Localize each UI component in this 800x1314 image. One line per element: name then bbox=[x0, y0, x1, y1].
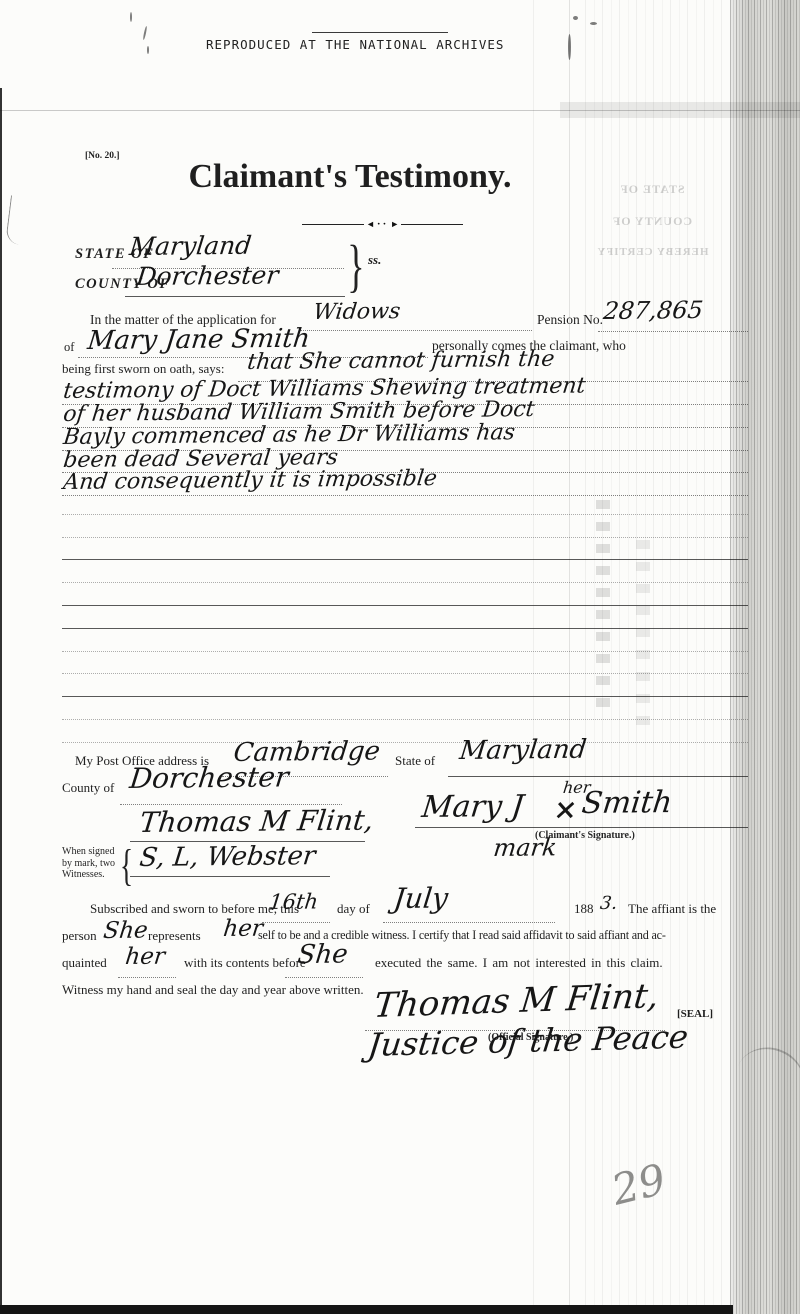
ruled-line bbox=[62, 537, 748, 538]
bleedthrough-vertical-marks bbox=[636, 540, 650, 730]
divider-line-left bbox=[302, 224, 364, 226]
ruled-line bbox=[130, 876, 330, 877]
ruled-line bbox=[62, 742, 748, 743]
bleedthrough-text: COUNTY OF bbox=[592, 214, 712, 229]
ruled-line bbox=[62, 514, 748, 515]
ruled-line bbox=[598, 331, 748, 332]
application-type-handwritten: Widows bbox=[312, 299, 402, 325]
testimony-line: And consequently it is impossible bbox=[62, 466, 438, 495]
ruled-line bbox=[118, 977, 176, 978]
ruled-line bbox=[448, 776, 748, 777]
ruled-line bbox=[383, 922, 555, 923]
jurat-line1-suffix: The affiant is the bbox=[628, 901, 716, 917]
jurat-year-printed: 188 bbox=[574, 901, 594, 917]
witness-note-line: Witnesses. bbox=[62, 869, 115, 881]
scan-speck bbox=[568, 34, 571, 60]
jurat-line4: Witness my hand and seal the day and yea… bbox=[62, 982, 364, 998]
ruled-line bbox=[415, 827, 748, 828]
address-county-handwritten: Dorchester bbox=[128, 760, 290, 795]
divider-dots: ·· bbox=[377, 219, 388, 230]
claimant-signature-left: Mary J bbox=[420, 789, 526, 825]
scan-speck bbox=[130, 12, 132, 22]
form-title: Claimant's Testimony. bbox=[180, 158, 520, 196]
ruled-line bbox=[62, 719, 748, 720]
ruled-line bbox=[62, 582, 748, 583]
ruled-line bbox=[262, 922, 330, 923]
ruled-line bbox=[62, 495, 748, 496]
ruled-line bbox=[62, 673, 748, 674]
scan-streak-band-dark bbox=[730, 0, 800, 1314]
scan-speck bbox=[590, 22, 597, 25]
of-label: of bbox=[64, 340, 74, 355]
address-state-label: State of bbox=[395, 753, 435, 769]
bleedthrough-vertical-marks bbox=[596, 500, 610, 720]
ruled-line bbox=[125, 296, 345, 297]
ss-brace: } bbox=[347, 232, 364, 299]
document-scan: STATE OF COUNTY OF HEREBY CERTIFY REPROD… bbox=[0, 0, 800, 1314]
address-county-label: County of bbox=[62, 780, 114, 796]
scan-bottom-bar bbox=[0, 1305, 733, 1314]
state-value-handwritten: Maryland bbox=[128, 231, 253, 261]
claimant-signature-right: Smith bbox=[580, 785, 674, 821]
jurat-represents: represents bbox=[148, 928, 201, 944]
jurat-person: person bbox=[62, 928, 97, 944]
ruled-line bbox=[300, 330, 532, 331]
address-state-handwritten: Maryland bbox=[458, 735, 588, 766]
pension-label: Pension No. bbox=[537, 312, 603, 328]
stamp-overline bbox=[312, 32, 448, 33]
pension-number-handwritten: 287,865 bbox=[602, 296, 705, 325]
witness-note: When signed by mark, two Witnesses. bbox=[62, 846, 115, 881]
divider-arrow-left-icon: ◄ bbox=[366, 220, 375, 229]
ruled-line bbox=[62, 696, 748, 697]
mark-word-handwritten: mark bbox=[492, 833, 558, 862]
scan-left-edge bbox=[0, 88, 2, 1314]
witness-note-line: by mark, two bbox=[62, 858, 115, 870]
scan-smudge bbox=[560, 102, 800, 118]
title-divider: ◄ ·· ► bbox=[302, 219, 463, 230]
scan-speck bbox=[143, 26, 148, 40]
witness-note-line: When signed bbox=[62, 846, 115, 858]
scan-speck bbox=[573, 16, 578, 20]
witness-signature: Thomas M Flint, bbox=[138, 804, 375, 839]
fold-crease-line-2 bbox=[533, 0, 534, 1314]
ruled-line bbox=[62, 559, 748, 560]
claimant-mark-cross: × bbox=[552, 793, 579, 826]
scan-speck bbox=[147, 46, 149, 54]
witness-signature: S, L, Webster bbox=[138, 841, 317, 873]
jurat-line3-rest: executed the same. I am not interested i… bbox=[375, 955, 663, 971]
ss-label: ss. bbox=[368, 252, 381, 268]
archives-stamp: REPRODUCED AT THE NATIONAL ARCHIVES bbox=[206, 37, 504, 52]
ruled-line bbox=[62, 628, 748, 629]
ruled-line bbox=[62, 605, 748, 606]
witness-brace: { bbox=[120, 840, 133, 891]
jurat-year-digit-handwritten: 3. bbox=[599, 893, 619, 914]
county-value-handwritten: Dorchester bbox=[135, 261, 280, 291]
jurat-month-handwritten: July bbox=[392, 881, 450, 915]
fold-crease-line bbox=[569, 0, 570, 1314]
divider-line-right bbox=[401, 224, 463, 226]
jurat-day-handwritten: 16th bbox=[268, 889, 319, 914]
jurat-she2-handwritten: She bbox=[296, 939, 349, 970]
bleedthrough-text: STATE OF bbox=[592, 182, 712, 197]
ruled-line bbox=[62, 651, 748, 652]
jurat-day-of: day of bbox=[337, 901, 370, 917]
jurat-with-contents: with its contents before bbox=[184, 955, 306, 971]
jurat-she-handwritten: She bbox=[102, 918, 149, 944]
stray-pen-mark bbox=[5, 195, 25, 244]
testimony-line: that She cannot furnish the bbox=[246, 347, 556, 375]
sworn-prefix: being first sworn on oath, says: bbox=[62, 361, 224, 377]
ruled-line bbox=[285, 977, 363, 978]
form-number: [No. 20.] bbox=[85, 151, 120, 161]
bleedthrough-text: HEREBY CERTIFY bbox=[585, 246, 720, 258]
jurat-her2-handwritten: her bbox=[124, 944, 166, 970]
divider-arrow-right-icon: ► bbox=[390, 220, 399, 229]
jurat-quainted: quainted bbox=[62, 955, 107, 971]
